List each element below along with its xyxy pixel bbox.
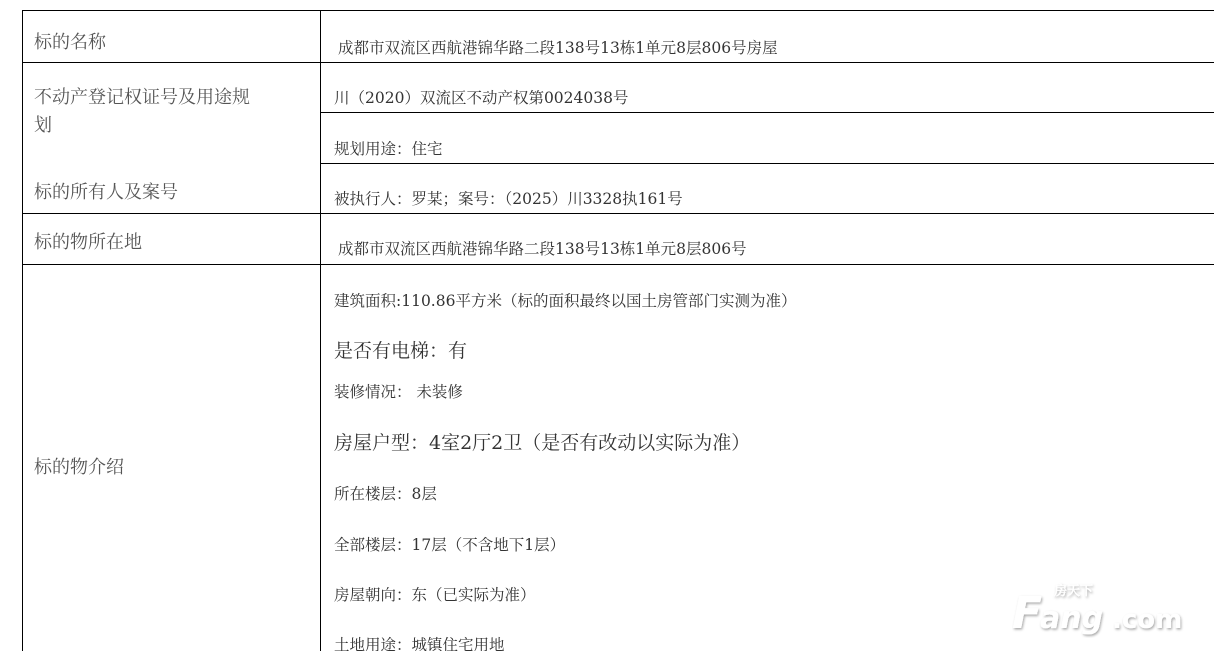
svg-text:.com: .com (1112, 605, 1182, 635)
value-subject-name: 成都市双流区西航港锦华路二段138号13栋1单元8层806号房屋 (338, 36, 778, 58)
value-location: 成都市双流区西航港锦华路二段138号13栋1单元8层806号 (338, 237, 747, 259)
value-owner-case: 被执行人：罗某；案号：（2025）川3328执161号 (334, 187, 683, 209)
value-decoration: 装修情况： 未装修 (334, 380, 463, 402)
svg-text:ang: ang (1040, 601, 1103, 636)
svg-text:房天下: 房天下 (1053, 583, 1093, 599)
table-border-left (22, 10, 23, 651)
fang-logo-icon: F 房天下 ang .com (1012, 578, 1202, 638)
document-page: 标的名称 成都市双流区西航港锦华路二段138号13栋1单元8层806号房屋 不动… (0, 0, 1214, 651)
row-divider (22, 264, 1214, 265)
table-border-top (22, 10, 1214, 11)
label-introduction: 标的物介绍 (34, 454, 124, 482)
value-planned-use: 规划用途：住宅 (334, 137, 443, 159)
value-floor-area: 建筑面积:110.86平方米（标的面积最终以国土房管部门实测为准） (334, 289, 796, 311)
row-divider (22, 213, 1214, 214)
row-divider (320, 112, 1214, 113)
label-location: 标的物所在地 (34, 229, 142, 257)
column-divider (320, 10, 321, 651)
value-land-use: 土地用途：城镇住宅用地 (334, 633, 505, 651)
value-orientation: 房屋朝向：东（已实际为准） (334, 583, 536, 605)
row-divider (22, 62, 1214, 63)
svg-text:F: F (1012, 588, 1042, 638)
label-property-cert-line2: 划 (34, 112, 52, 140)
value-layout: 房屋户型：4室2厅2卫（是否有改动以实际为准） (334, 428, 750, 455)
value-total-floors: 全部楼层：17层（不含地下1层） (334, 533, 565, 555)
label-property-cert-line1: 不动产登记权证号及用途规 (34, 84, 250, 112)
value-property-cert-number: 川（2020）双流区不动产权第0024038号 (334, 86, 628, 108)
row-divider (320, 163, 1214, 164)
label-owner-case: 标的所有人及案号 (34, 179, 178, 207)
value-elevator: 是否有电梯：有 (334, 336, 467, 363)
label-subject-name: 标的名称 (34, 29, 106, 57)
value-floor: 所在楼层：8层 (334, 482, 437, 504)
fang-watermark-logo: F 房天下 ang .com (1012, 578, 1202, 638)
